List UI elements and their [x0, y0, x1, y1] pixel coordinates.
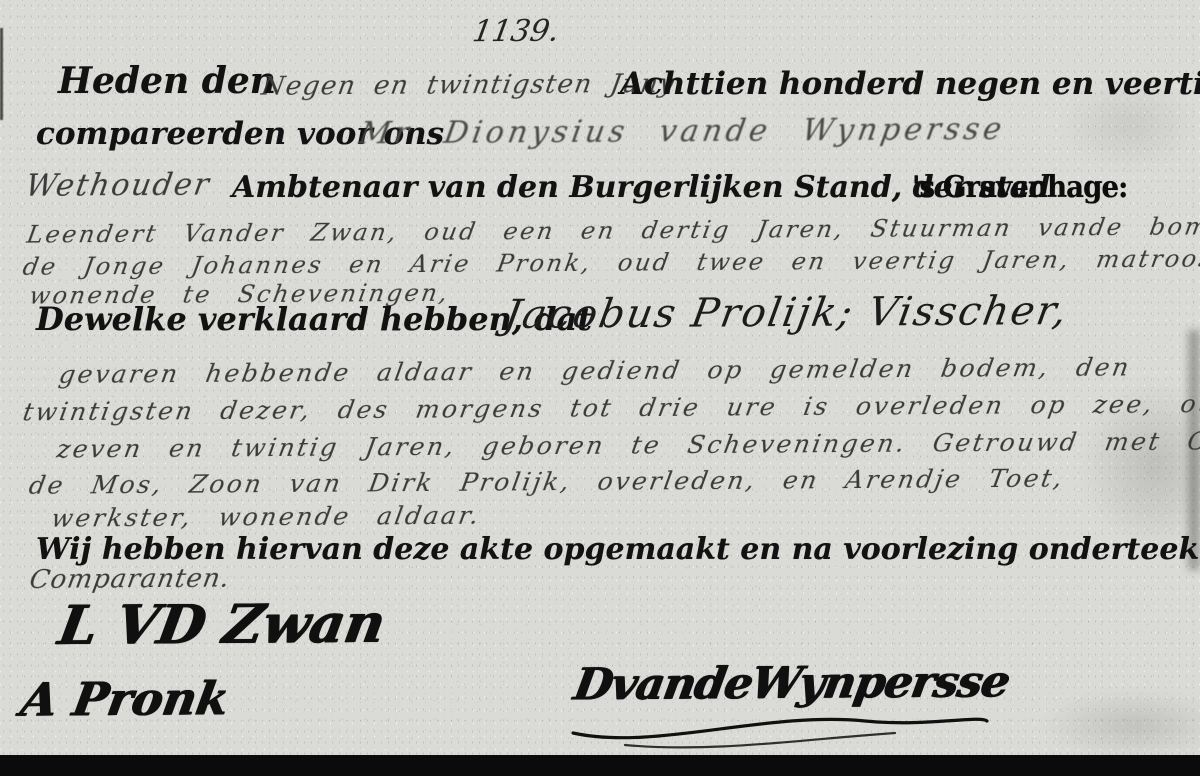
act-number: 1139.: [470, 14, 562, 50]
body-line-5: werkster, wonende aldaar.: [49, 501, 483, 533]
death-certificate-scan: 1139. Heden den Negen en twintigsten Jun…: [0, 0, 1200, 776]
scan-left-edge-mark: [0, 28, 3, 120]
signature-witness-pronk: A Pronk: [17, 671, 233, 726]
signature-witness-zwan: L VD Zwan: [54, 591, 390, 657]
printed-closing: Wij hebben hiervan deze akte opgemaakt e…: [36, 532, 1200, 567]
declarant-line-2: de Jonge Johannes en Arie Pronk, oud twe…: [21, 243, 1200, 280]
hand-official-name: Mr Dionysius vande Wynpersse: [357, 112, 1008, 152]
hand-date: Negen en twintigsten Juny: [259, 69, 678, 102]
printed-year: Achttien honderd negen en veertig,: [620, 66, 1200, 102]
printed-heden-den: Heden den: [58, 60, 276, 102]
body-line-4: de Mos, Zoon van Dirk Prolijk, overleden…: [27, 463, 1067, 499]
signature-official: DvandeWynpersse: [570, 656, 1013, 710]
body-line-1: gevaren hebbende aldaar en gediend op ge…: [57, 352, 1133, 388]
signature-flourish: [565, 705, 995, 755]
scan-smudge-bottom-right: [1040, 690, 1200, 760]
hand-comparanten: Comparanten.: [27, 563, 232, 594]
hand-wethouder: Wethouder: [23, 167, 213, 203]
body-line-3: zeven en twintig Jaren, geboren te Schev…: [55, 426, 1200, 464]
body-line-2: twintigsten dezer, des morgens tot drie …: [21, 389, 1200, 426]
blackletter-city: 's Gravenhage:: [912, 170, 1127, 205]
declarant-line-1: Leendert Vander Zwan, oud een en dertig …: [25, 212, 1200, 249]
hand-deceased-name: Jacobus Prolijk; Visscher,: [501, 288, 1072, 338]
scan-bottom-bar: [0, 755, 1200, 776]
